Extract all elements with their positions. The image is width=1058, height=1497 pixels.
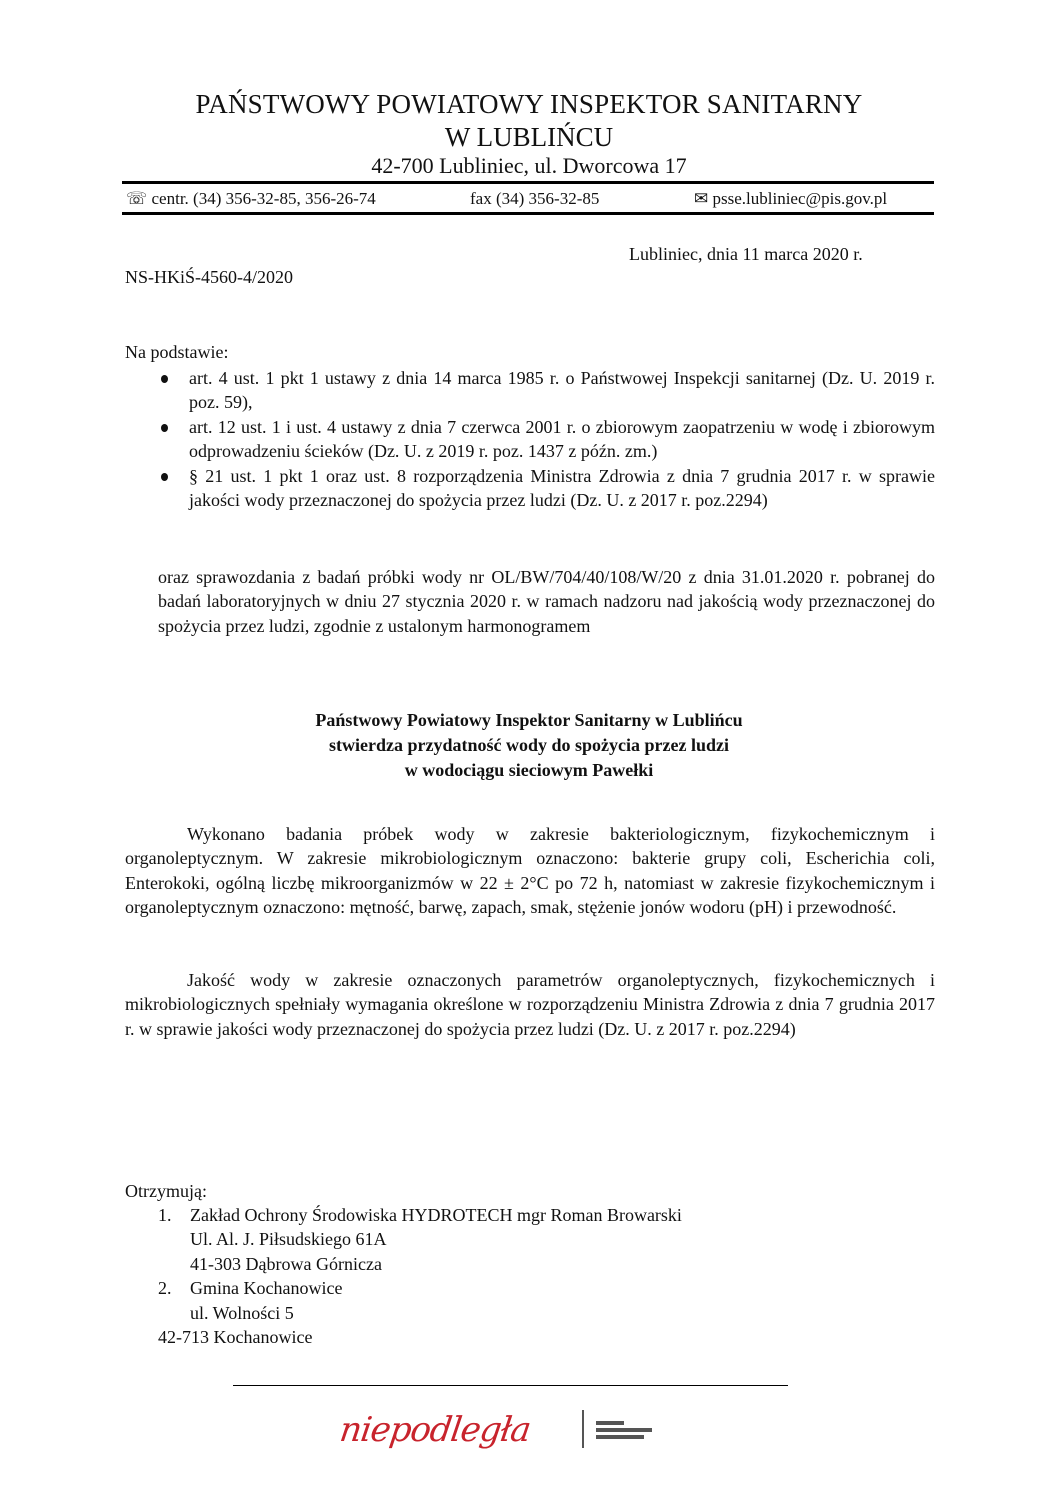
logo-caption-line bbox=[596, 1428, 652, 1432]
phone-icon: ☏ bbox=[126, 189, 147, 208]
recipients-list: 1.Zakład Ochrony Środowiska HYDROTECH mg… bbox=[158, 1203, 682, 1325]
logo-caption-line bbox=[596, 1435, 644, 1439]
legal-basis-item: art. 12 ust. 1 i ust. 4 ustawy z dnia 7 … bbox=[125, 415, 935, 464]
institution-address: 42-700 Lubliniec, ul. Dworcowa 17 bbox=[0, 153, 1058, 179]
legal-basis-intro: Na podstawie: bbox=[125, 340, 228, 364]
findings-paragraph: Wykonano badania próbek wody w zakresie … bbox=[125, 822, 935, 920]
bullet-icon bbox=[161, 375, 168, 383]
niepodlegla-logo: niepodległa bbox=[337, 1410, 533, 1450]
header-bottom-rule bbox=[122, 212, 934, 215]
header-top-rule bbox=[122, 181, 934, 184]
email-contact[interactable]: ✉ psse.lubliniec@pis.gov.pl bbox=[694, 188, 887, 210]
legal-basis-item: art. 4 ust. 1 pkt 1 ustawy z dnia 14 mar… bbox=[125, 366, 935, 415]
conclusion-paragraph: Jakość wody w zakresie oznaczonych param… bbox=[125, 968, 935, 1041]
reference-number: NS-HKiŚ-4560-4/2020 bbox=[125, 265, 293, 289]
email-address[interactable]: psse.lubliniec@pis.gov.pl bbox=[713, 189, 888, 208]
document-date: Lubliniec, dnia 11 marca 2020 r. bbox=[629, 242, 863, 266]
bullet-icon bbox=[161, 424, 168, 432]
legal-basis-item: § 21 ust. 1 pkt 1 oraz ust. 8 rozporządz… bbox=[125, 464, 935, 513]
recipient-item: 2.Gmina Kochanowice ul. Wolności 5 bbox=[158, 1276, 682, 1325]
recipient-postal-line: 42-713 Kochanowice bbox=[158, 1325, 312, 1349]
logo-caption-line bbox=[596, 1421, 624, 1425]
institution-location: W LUBLIŃCU bbox=[0, 121, 1058, 153]
bullet-icon bbox=[161, 473, 168, 481]
phone-contact: ☏ centr. (34) 356-32-85, 356-26-74 bbox=[126, 188, 376, 210]
sample-report-reference: oraz sprawozdania z badań próbki wody nr… bbox=[158, 565, 935, 638]
footer-rule bbox=[233, 1385, 788, 1386]
institution-name: PAŃSTWOWY POWIATOWY INSPEKTOR SANITARNY bbox=[0, 88, 1058, 120]
phone-numbers: centr. (34) 356-32-85, 356-26-74 bbox=[152, 189, 376, 208]
recipients-heading: Otrzymują: bbox=[125, 1179, 207, 1203]
fax-contact: fax (34) 356-32-85 bbox=[470, 188, 599, 210]
logo-divider bbox=[582, 1410, 584, 1448]
email-icon: ✉ bbox=[694, 189, 708, 208]
recipient-item: 1.Zakład Ochrony Środowiska HYDROTECH mg… bbox=[158, 1203, 682, 1276]
decision-heading: Państwowy Powiatowy Inspektor Sanitarny … bbox=[0, 708, 1058, 783]
legal-basis-list: art. 4 ust. 1 pkt 1 ustawy z dnia 14 mar… bbox=[125, 366, 935, 512]
